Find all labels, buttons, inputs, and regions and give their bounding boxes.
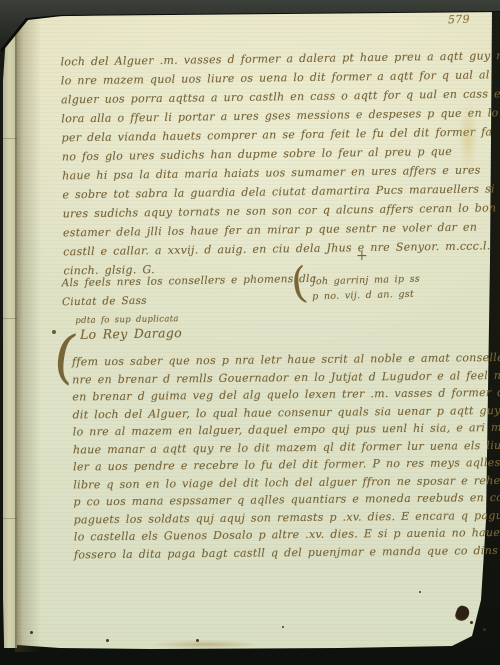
speck [30,631,33,634]
chancery-note: Joh garrinj ma ip ss p no. vij. d an. gs… [312,272,421,305]
manuscript-line: p no. vij. d an. gst [312,287,421,305]
paragraph-dot [52,330,56,334]
water-stain [458,100,478,175]
speck [483,628,486,631]
speck [106,639,109,642]
letter-heading: Lo Rey Darago [80,325,182,342]
speck [470,621,473,624]
edge-stain [150,640,260,649]
speck [282,626,284,628]
gutter-shadow [15,12,41,652]
manuscript-photo: 579 loch del Alguer .m. vasses d former … [0,0,500,665]
address-note: Als feels nres los consellers e phomens … [62,270,318,331]
speck [419,591,421,593]
folio-number: 579 [448,13,470,27]
letter-body-upper: loch del Alguer .m. vasses d former a da… [60,46,500,281]
cross-mark: + [356,248,368,264]
letter-body-lower: ffem uos saber que nos p nra letr haue s… [72,349,500,564]
